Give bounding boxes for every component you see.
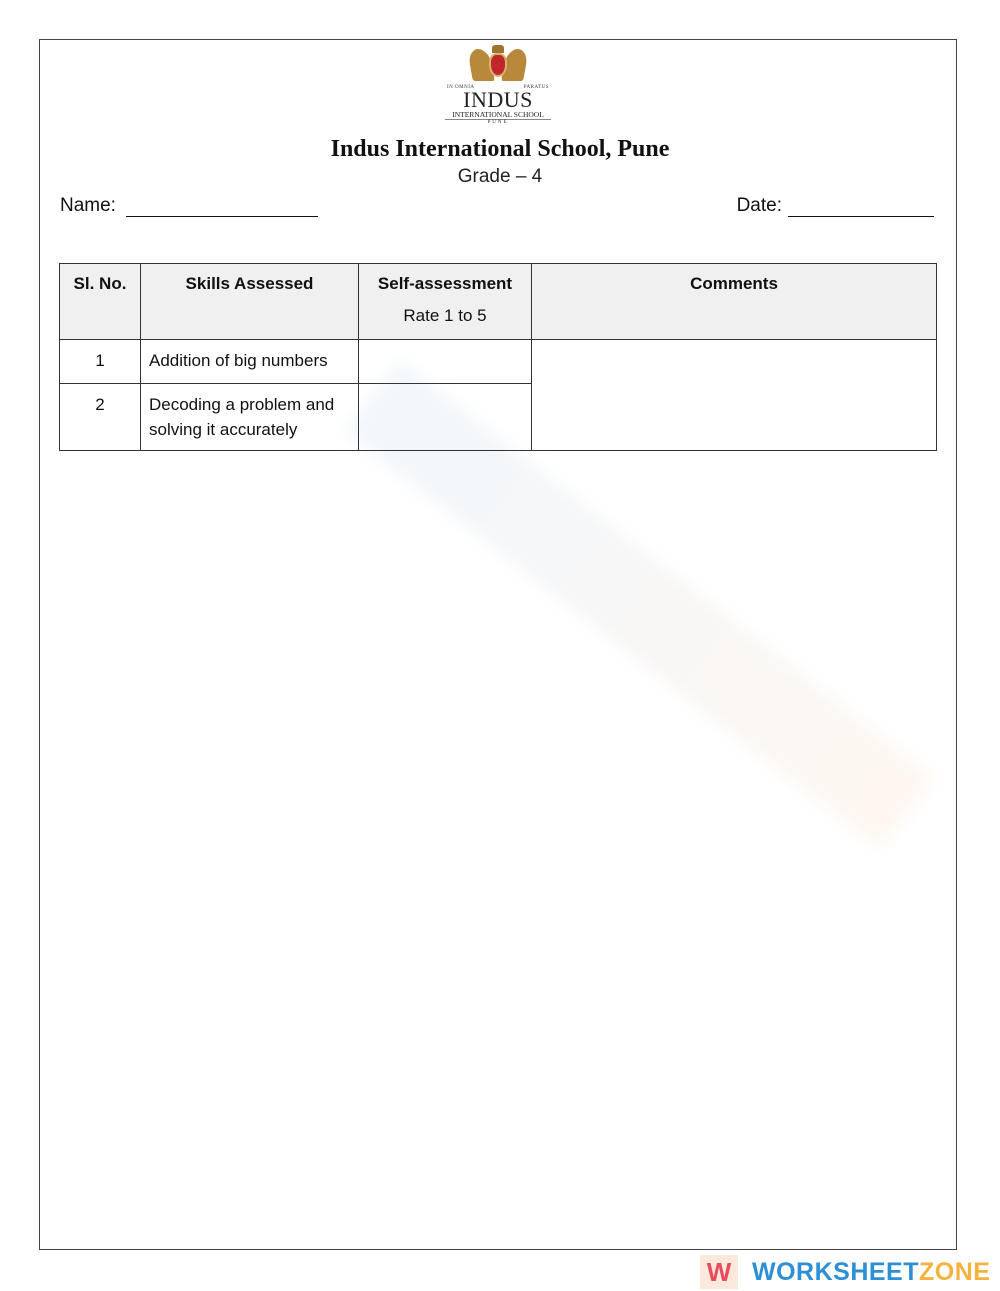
- crest-icon: [468, 45, 528, 85]
- self-assessment-title: Self-assessment: [378, 274, 512, 293]
- table-header-row: Sl. No. Skills Assessed Self-assessment …: [60, 264, 937, 340]
- date-field: Date:: [737, 195, 934, 217]
- table-row: 1 Addition of big numbers: [60, 340, 937, 384]
- logo-subtitle: INTERNATIONAL SCHOOL: [445, 110, 551, 120]
- date-label: Date:: [737, 195, 782, 216]
- header-skills: Skills Assessed: [141, 264, 359, 340]
- worksheet-page: [39, 39, 957, 1250]
- rating-cell[interactable]: [359, 340, 532, 384]
- self-assessment-subtitle: Rate 1 to 5: [365, 306, 525, 326]
- comments-cell[interactable]: [532, 340, 937, 451]
- row-skill: Addition of big numbers: [141, 340, 359, 384]
- worksheetzone-wordmark: WORKSHEETZONE: [752, 1258, 990, 1287]
- header-self-assessment: Self-assessment Rate 1 to 5: [359, 264, 532, 340]
- school-logo: IN OMNIA PARATUS INDUS INTERNATIONAL SCH…: [445, 45, 551, 133]
- name-blank[interactable]: [126, 196, 318, 217]
- worksheetzone-logo-icon: W: [700, 1255, 738, 1289]
- worksheetzone-brand[interactable]: W WORKSHEETZONE: [700, 1254, 990, 1290]
- row-number: 2: [60, 384, 141, 451]
- logo-name: INDUS: [445, 90, 551, 110]
- header-sl-no: Sl. No.: [60, 264, 141, 340]
- row-number: 1: [60, 340, 141, 384]
- grade-label: Grade – 4: [0, 166, 1000, 188]
- school-title: Indus International School, Pune: [0, 136, 1000, 163]
- assessment-table: Sl. No. Skills Assessed Self-assessment …: [59, 263, 937, 451]
- header-comments: Comments: [532, 264, 937, 340]
- row-skill: Decoding a problem and solving it accura…: [141, 384, 359, 451]
- rating-cell[interactable]: [359, 384, 532, 451]
- brand-secondary: ZONE: [919, 1258, 990, 1286]
- brand-primary: WORKSHEET: [752, 1258, 919, 1286]
- name-field: Name:: [60, 195, 318, 217]
- date-blank[interactable]: [788, 196, 934, 217]
- logo-city: PUNE: [445, 120, 551, 125]
- name-label: Name:: [60, 195, 116, 216]
